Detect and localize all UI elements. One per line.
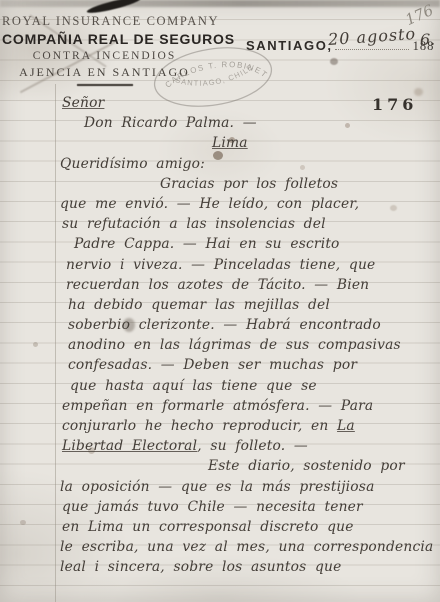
letter-line: conjurarlo he hecho reproducir, en La bbox=[60, 416, 438, 436]
company-name-english: ROYAL INSURANCE COMPANY bbox=[2, 14, 207, 29]
letter-line: Lima bbox=[60, 133, 438, 153]
letter-line: en Lima un corresponsal discreto que bbox=[60, 517, 438, 537]
letter-line: Gracias por los folletos bbox=[60, 174, 438, 194]
letter-line: Señor bbox=[60, 93, 438, 113]
letter-line: empeñan en formarle atmósfera. — Para bbox=[60, 396, 438, 416]
letter-line: la oposición — que es la más prestijiosa bbox=[60, 477, 438, 497]
letter-line: anodino en las lágrimas de sus compasiva… bbox=[60, 335, 438, 355]
letter-line: Don Ricardo Palma. — bbox=[60, 113, 438, 133]
letter-line: ha debido quemar las mejillas del bbox=[60, 295, 438, 315]
stain-spot bbox=[330, 58, 338, 65]
letter-line: Libertad Electoral, su folleto. — bbox=[60, 436, 438, 456]
letter-line: Este diario, sostenido por bbox=[60, 456, 438, 476]
letter-line: le escriba, una vez al mes, una correspo… bbox=[60, 537, 438, 557]
stain-spot bbox=[33, 342, 38, 347]
margin-rule bbox=[55, 84, 56, 602]
letter-line: recuerdan los azotes de Tácito. — Bien bbox=[60, 275, 438, 295]
letter-line: confesadas. — Deben ser muchas por bbox=[60, 355, 438, 375]
letter-body: Señor Don Ricardo Palma. — Lima Queridís… bbox=[60, 93, 438, 578]
stain-spot bbox=[20, 520, 26, 525]
letter-line: Padre Cappa. — Hai en su escrito bbox=[60, 234, 438, 254]
letter-line: Queridísimo amigo: bbox=[60, 154, 438, 174]
letter-page: ROYAL INSURANCE COMPANY COMPAÑIA REAL DE… bbox=[0, 0, 440, 602]
letter-line: su refutación a las insolencias del bbox=[60, 214, 438, 234]
letter-line: soberbio clerizonte. — Habrá encontrado bbox=[60, 315, 438, 335]
letter-line: que jamás tuvo Chile — necesita tener bbox=[60, 497, 438, 517]
letterhead-divider bbox=[77, 84, 133, 86]
letter-line: que me envió. — He leído, con placer, bbox=[60, 194, 438, 214]
letter-line: nervio i viveza. — Pinceladas tiene, que bbox=[60, 255, 438, 275]
company-name-spanish: COMPAÑIA REAL DE SEGUROS bbox=[2, 31, 207, 47]
handwritten-year-digit: 6. bbox=[420, 30, 435, 49]
letter-line: que hasta aquí las tiene que se bbox=[60, 376, 438, 396]
letter-line: leal i sincera, sobre los asuntos que bbox=[60, 557, 438, 577]
scan-top-edge bbox=[0, 0, 440, 7]
